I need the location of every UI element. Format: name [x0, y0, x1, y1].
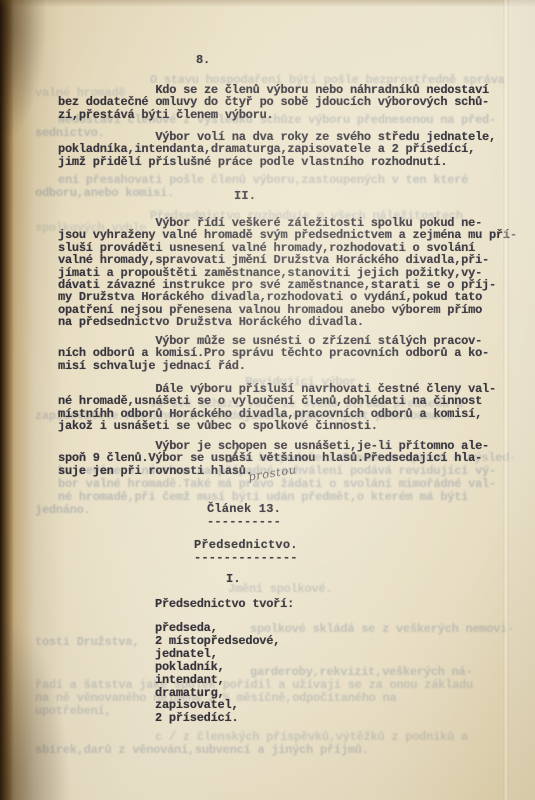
board-intro: Předsednictvo tvoří:: [155, 598, 294, 610]
subtitle: Předsednictvo.: [194, 539, 298, 551]
page-number: 8.: [196, 54, 210, 66]
bleedthrough-text: upotřebení,: [35, 705, 111, 717]
paragraph-working-groups: Výbor může se usnésti o zřízení stálých …: [58, 335, 489, 372]
page-left-edge-amber: [0, 0, 34, 800]
bleedthrough-text: sbírek,darů z věnování,subvencí a jiných…: [35, 744, 369, 756]
paragraph-election: Výbor volí na dva roky ze svého středu j…: [58, 131, 496, 168]
board-members-list: předseda, 2 místopředsedové, jednatel, p…: [155, 622, 280, 725]
page-corner-top-left-shadow: [0, 0, 46, 140]
bleedthrough-text: tosti Družstva,: [35, 636, 139, 648]
section-1-heading: I.: [226, 573, 241, 585]
bleedthrough-text: garderoby,rekvizit,veškerých ná-: [250, 666, 472, 678]
page-top-edge-shadow: [0, 0, 535, 7]
bleedthrough-text: bor valné hromadě.Také má právo žádati o…: [58, 478, 496, 490]
paragraph-absence: Kdo se ze členů výboru nebo náhradníků n…: [58, 84, 489, 121]
subtitle-underline: --------------: [194, 552, 298, 564]
bleedthrough-text: jednáno.: [35, 504, 91, 516]
page-left-edge-dark: [0, 0, 14, 800]
bleedthrough-text: ení přesahovati pošle členů výboru,zasto…: [58, 174, 468, 186]
paragraph-honorary: Dále výboru přísluší navrhovati čestné č…: [58, 383, 496, 433]
section-2-heading: II.: [234, 190, 256, 202]
article-heading: Článek 13.: [207, 503, 281, 515]
page-fold-crease: [503, 0, 509, 800]
paper-page: O stavu hospodaření býti pošle bezprostř…: [0, 0, 535, 800]
page-corner-bottom-left-shadow: [0, 620, 70, 800]
page-right-margin-band: [509, 0, 535, 800]
bleedthrough-text: spolkové skládá se z veškerých nemovi-: [250, 623, 514, 635]
page-left-shadow: [0, 0, 64, 800]
bleedthrough-text: odboru,anebo komisí.: [35, 187, 174, 199]
scanned-document-photo: { "document": { "page_number": "8.", "pa…: [0, 0, 535, 800]
paragraph-powers: Výbor řídí veškeré záležitosti spolku po…: [58, 217, 517, 329]
bleedthrough-text: c / z členských příspěvků,výtěžků z podn…: [155, 731, 468, 743]
article-heading-underline: ----------: [207, 516, 281, 528]
bleedthrough-text: Jmění spolkové.: [228, 583, 332, 595]
